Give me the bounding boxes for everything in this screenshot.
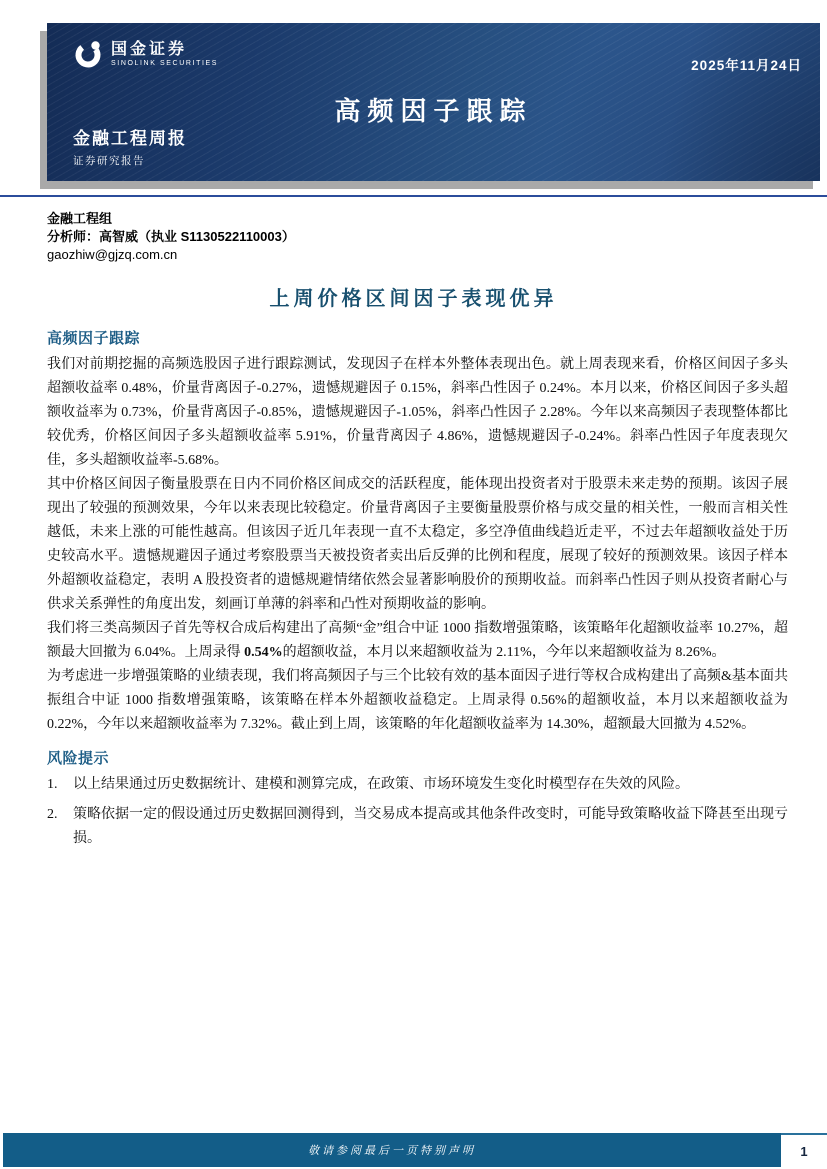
page-number: 1 — [800, 1144, 807, 1159]
report-date: 2025年11月24日 — [691, 54, 802, 74]
paragraph-weekly-performance: 我们对前期挖掘的高频选股因子进行跟踪测试，发现因子在样本外整体表现出色。就上周表… — [47, 353, 788, 473]
risk-item-text: 策略依据一定的假设通过历史数据回测得到，当交易成本提高或其他条件改变时，可能导致… — [73, 803, 788, 851]
page-number-box: 1 — [781, 1133, 827, 1167]
series-block: 金融工程周报 证券研究报告 — [73, 124, 187, 168]
analyst-email-link[interactable]: gaozhiw@gjzq.com.cn — [47, 247, 177, 262]
risk-item-number: 2. — [47, 803, 73, 827]
report-banner: 国金证券 SINOLINK SECURITIES 2025年11月24日 高频因… — [47, 23, 820, 181]
paragraph-factor-description: 其中价格区间因子衡量股票在日内不同价格区间成交的活跃程度，能体现出投资者对于股票… — [47, 473, 788, 617]
paragraph-gold-portfolio: 我们将三类高频因子首先等权合成后构建出了高频“金”组合中证 1000 指数增强策… — [47, 617, 788, 665]
risk-item: 1. 以上结果通过历史数据统计、建模和测算完成，在政策、市场环境发生变化时模型存… — [47, 773, 788, 797]
risk-list: 1. 以上结果通过历史数据统计、建模和测算完成，在政策、市场环境发生变化时模型存… — [47, 773, 788, 851]
analyst-group: 金融工程组 — [47, 210, 295, 228]
analyst-block: 金融工程组 分析师：高智威（执业 S1130522110003） gaozhiw… — [47, 210, 295, 264]
article-title: 上周价格区间因子表现优异 — [0, 282, 827, 311]
header-divider — [0, 195, 827, 197]
sinolink-logo: 国金证券 SINOLINK SECURITIES — [73, 39, 218, 69]
article-body: 高频因子跟踪 我们对前期挖掘的高频选股因子进行跟踪测试，发现因子在样本外整体表现… — [47, 327, 788, 857]
series-subtitle: 证券研究报告 — [73, 153, 187, 168]
risk-item: 2. 策略依据一定的假设通过历史数据回测得到，当交易成本提高或其他条件改变时，可… — [47, 803, 788, 851]
series-title: 金融工程周报 — [73, 124, 187, 149]
risk-item-number: 1. — [47, 773, 73, 797]
section-heading-risk: 风险提示 — [47, 747, 788, 768]
logo-name-cn: 国金证券 — [111, 41, 218, 59]
gold-portfolio-highlight: 0.54% — [244, 645, 283, 660]
risk-item-text: 以上结果通过历史数据统计、建模和测算完成，在政策、市场环境发生变化时模型存在失效… — [73, 773, 788, 797]
section-heading-tracking: 高频因子跟踪 — [47, 327, 788, 348]
report-title: 高频因子跟踪 — [47, 91, 820, 128]
paragraph-fundamental-resonance: 为考虑进一步增强策略的业绩表现，我们将高频因子与三个比较有效的基本面因子进行等权… — [47, 665, 788, 737]
sinolink-logo-icon — [73, 39, 103, 69]
logo-name-en: SINOLINK SECURITIES — [111, 59, 218, 68]
gold-portfolio-post: 的超额收益，本月以来超额收益为 2.11%，今年以来超额收益为 8.26%。 — [283, 645, 726, 660]
footer-disclaimer-bar: 敬请参阅最后一页特别声明 — [3, 1133, 781, 1167]
footer-disclaimer-text: 敬请参阅最后一页特别声明 — [308, 1142, 476, 1158]
analyst-name-line: 分析师：高智威（执业 S1130522110003） — [47, 228, 295, 246]
